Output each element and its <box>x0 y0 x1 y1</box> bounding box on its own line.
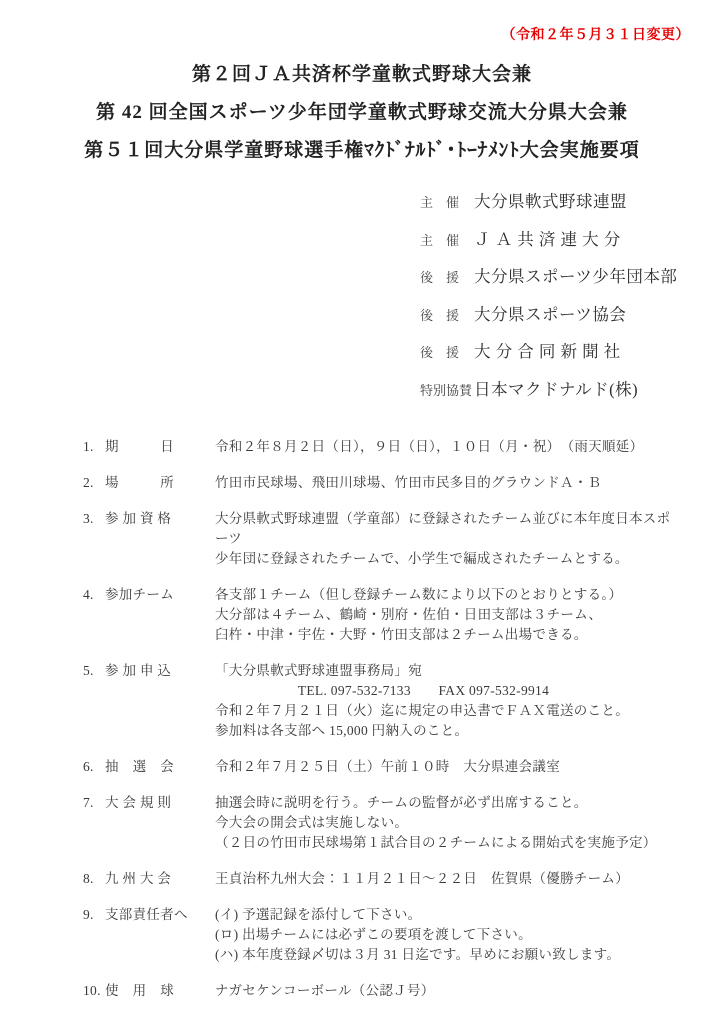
item-line: 参加料は各支部へ 15,000 円納入のこと。 <box>215 721 683 741</box>
sponsor-row: 特別協賛日本マクドナルド(株) <box>420 376 677 398</box>
item-row: 10.使 用 球ナガセケンコーボール（公認Ｊ号） <box>83 981 683 1001</box>
title-block: 第２回ＪＡ共済杯学童軟式野球大会兼第 42 回全国スポーツ少年団学童軟式野球交流… <box>0 56 724 170</box>
sponsor-role: 主 催 <box>420 192 474 211</box>
item-row: 6.抽 選 会令和２年７月２５日（土）午前１０時 大分県連会議室 <box>83 757 683 777</box>
item-row: 1.期 日令和２年８月２日（日），９日（日），１０日（月・祝） （雨天順延） <box>83 437 683 457</box>
item-number: 10. <box>83 981 105 1001</box>
item-row: 4.参加チーム各支部１チーム（但し登録チーム数により以下のとおりとする。）大分部… <box>83 585 683 645</box>
item-line: 今大会の開会式は実施しない。 <box>215 813 683 833</box>
item-label: 支部責任者へ <box>105 905 215 965</box>
item-line: (ハ) 本年度登録〆切は３月 31 日迄です。早めにお願い致します。 <box>215 945 683 965</box>
item-line: (イ) 予選記録を添付して下さい。 <box>215 905 683 925</box>
item-row: 5.参 加 申 込「大分県軟式野球連盟事務局」宛 TEL. 097-532-71… <box>83 661 683 741</box>
item-line: TEL. 097-532-7133 FAX 097-532-9914 <box>215 681 683 701</box>
item-number: 1. <box>83 437 105 457</box>
item-number: 7. <box>83 793 105 853</box>
item-line: 各支部１チーム（但し登録チーム数により以下のとおりとする。） <box>215 585 683 605</box>
item-number: 5. <box>83 661 105 741</box>
sponsor-role: 主 催 <box>420 230 474 249</box>
item-label: 参 加 申 込 <box>105 661 215 741</box>
item-line: 抽選会時に説明を行う。チームの監督が必ず出席すること。 <box>215 793 683 813</box>
item-number: 8. <box>83 869 105 889</box>
item-label: 大 会 規 則 <box>105 793 215 853</box>
item-row: 9.支部責任者へ(イ) 予選記録を添付して下さい。(ロ) 出場チームには必ずこの… <box>83 905 683 965</box>
item-content: 令和２年７月２５日（土）午前１０時 大分県連会議室 <box>215 757 683 777</box>
item-label: 参 加 資 格 <box>105 509 215 569</box>
sponsor-name: 大分県スポーツ少年団本部 <box>474 263 677 287</box>
item-number: 3. <box>83 509 105 569</box>
item-label: 使 用 球 <box>105 981 215 1001</box>
item-number: 6. <box>83 757 105 777</box>
item-label: 九 州 大 会 <box>105 869 215 889</box>
item-line: 「大分県軟式野球連盟事務局」宛 <box>215 661 683 681</box>
item-line: 少年団に登録されたチームで、小学生で編成されたチームとする。 <box>215 549 683 569</box>
item-content: 各支部１チーム（但し登録チーム数により以下のとおりとする。）大分部は４チーム、鶴… <box>215 585 683 645</box>
item-content: 竹田市民球場、飛田川球場、竹田市民多目的グラウンドＡ・Ｂ <box>215 473 683 493</box>
item-number: 2. <box>83 473 105 493</box>
item-line: 大分県軟式野球連盟（学童部）に登録されたチーム並びに本年度日本スポーツ <box>215 509 683 549</box>
sponsor-role: 後 援 <box>420 305 474 324</box>
item-label: 場 所 <box>105 473 215 493</box>
sponsor-row: 主 催大分県軟式野球連盟 <box>420 188 677 210</box>
title-line: 第 42 回全国スポーツ少年団学童軟式野球交流大分県大会兼 <box>0 94 724 132</box>
item-line: （２日の竹田市民球場第１試合目の２チームによる開始式を実施予定） <box>215 833 683 853</box>
item-number: 9. <box>83 905 105 965</box>
item-line: 臼杵・中津・宇佐・大野・竹田支部は２チーム出場できる。 <box>215 625 683 645</box>
item-content: 「大分県軟式野球連盟事務局」宛 TEL. 097-532-7133 FAX 09… <box>215 661 683 741</box>
sponsor-name: Ｊ Ａ 共 済 連 大 分 <box>474 226 621 250</box>
item-content: 令和２年８月２日（日），９日（日），１０日（月・祝） （雨天順延） <box>215 437 683 457</box>
item-number: 4. <box>83 585 105 645</box>
item-line: 大分部は４チーム、鶴崎・別府・佐伯・日田支部は３チーム、 <box>215 605 683 625</box>
item-content: ナガセケンコーボール（公認Ｊ号） <box>215 981 683 1001</box>
sponsor-name: 大 分 合 同 新 聞 社 <box>474 338 621 362</box>
sponsor-row: 主 催Ｊ Ａ 共 済 連 大 分 <box>420 226 677 248</box>
sponsor-name: 日本マクドナルド(株) <box>474 376 638 400</box>
item-row: 7.大 会 規 則抽選会時に説明を行う。チームの監督が必ず出席すること。今大会の… <box>83 793 683 853</box>
item-line: 令和２年７月２５日（土）午前１０時 大分県連会議室 <box>215 757 683 777</box>
item-line: 竹田市民球場、飛田川球場、竹田市民多目的グラウンドＡ・Ｂ <box>215 473 683 493</box>
item-row: 2.場 所竹田市民球場、飛田川球場、竹田市民多目的グラウンドＡ・Ｂ <box>83 473 683 493</box>
item-line: ナガセケンコーボール（公認Ｊ号） <box>215 981 683 1001</box>
item-content: 抽選会時に説明を行う。チームの監督が必ず出席すること。今大会の開会式は実施しない… <box>215 793 683 853</box>
item-row: 3.参 加 資 格大分県軟式野球連盟（学童部）に登録されたチーム並びに本年度日本… <box>83 509 683 569</box>
sponsor-row: 後 援大分県スポーツ少年団本部 <box>420 263 677 285</box>
item-line: 令和２年８月２日（日），９日（日），１０日（月・祝） （雨天順延） <box>215 437 683 457</box>
sponsor-name: 大分県軟式野球連盟 <box>474 188 627 212</box>
item-label: 抽 選 会 <box>105 757 215 777</box>
title-line: 第５１回大分県学童野球選手権ﾏｸﾄﾞﾅﾙﾄﾞ･ﾄｰﾅﾒﾝﾄ大会実施要項 <box>0 132 724 170</box>
title-line: 第２回ＪＡ共済杯学童軟式野球大会兼 <box>0 56 724 94</box>
item-label: 参加チーム <box>105 585 215 645</box>
item-line: (ロ) 出場チームには必ずこの要項を渡して下さい。 <box>215 925 683 945</box>
sponsor-row: 後 援大分県スポーツ協会 <box>420 301 677 323</box>
item-content: 大分県軟式野球連盟（学童部）に登録されたチーム並びに本年度日本スポーツ少年団に登… <box>215 509 683 569</box>
sponsor-name: 大分県スポーツ協会 <box>474 301 626 325</box>
sponsor-row: 後 援大 分 合 同 新 聞 社 <box>420 338 677 360</box>
item-row: 8.九 州 大 会王貞治杯九州大会：１１月２１日～２２日 佐賀県（優勝チーム） <box>83 869 683 889</box>
sponsor-role: 特別協賛 <box>420 380 474 399</box>
sponsor-role: 後 援 <box>420 342 474 361</box>
item-label: 期 日 <box>105 437 215 457</box>
sponsor-block: 主 催大分県軟式野球連盟主 催Ｊ Ａ 共 済 連 大 分後 援大分県スポーツ少年… <box>420 188 677 413</box>
sponsor-role: 後 援 <box>420 267 474 286</box>
item-content: 王貞治杯九州大会：１１月２１日～２２日 佐賀県（優勝チーム） <box>215 869 683 889</box>
item-line: 王貞治杯九州大会：１１月２１日～２２日 佐賀県（優勝チーム） <box>215 869 683 889</box>
document-page: （令和２年５月３１日変更） 第２回ＪＡ共済杯学童軟式野球大会兼第 42 回全国ス… <box>0 0 724 1024</box>
item-content: (イ) 予選記録を添付して下さい。(ロ) 出場チームには必ずこの要項を渡して下さ… <box>215 905 683 965</box>
revision-note: （令和２年５月３１日変更） <box>502 24 691 44</box>
item-line: 令和２年７月２１日（火）迄に規定の申込書でＦＡＸ電送のこと。 <box>215 701 683 721</box>
items-block: 1.期 日令和２年８月２日（日），９日（日），１０日（月・祝） （雨天順延）2.… <box>83 437 683 1017</box>
